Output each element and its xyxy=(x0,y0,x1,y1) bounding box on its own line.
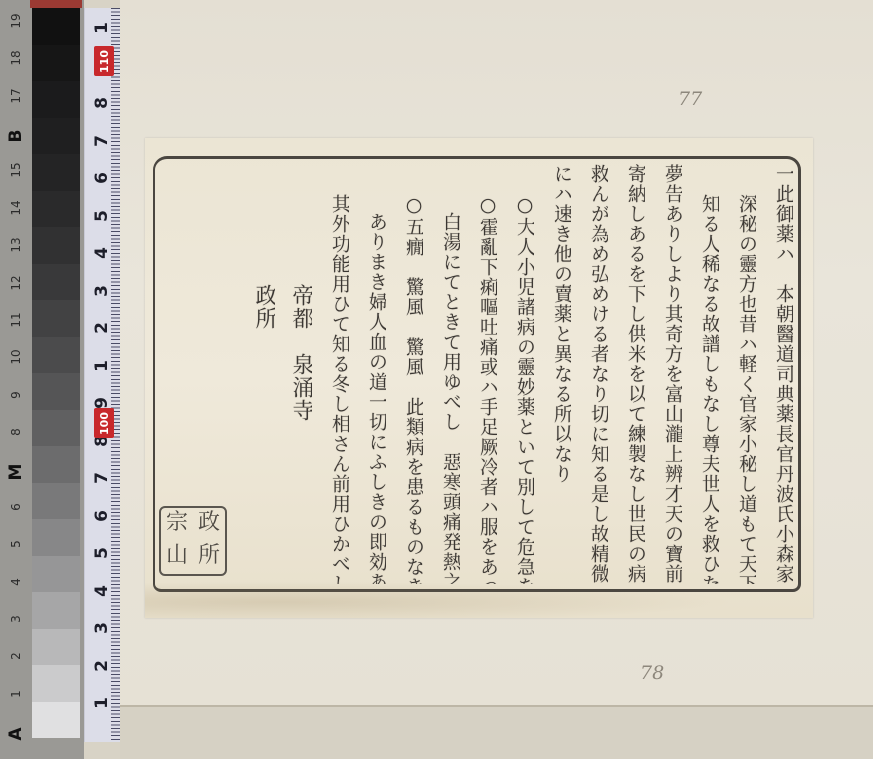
ruler-number: 2 xyxy=(92,317,112,339)
ruler-number: 5 xyxy=(92,542,112,564)
gray-step xyxy=(32,154,80,191)
gray-step-label: 10 xyxy=(9,345,23,369)
ruler-number: 1 xyxy=(92,17,112,39)
ruler-number: 1 xyxy=(92,692,112,714)
gray-step-label: 2 xyxy=(9,644,23,668)
text-column: 白湯にてときて用ゆべし 惡寒頭痛発熱之姉也 xyxy=(423,164,460,584)
gray-step-label: 19 xyxy=(9,9,23,33)
ruler-badge-label: 100 xyxy=(98,412,111,435)
gray-step-label: 11 xyxy=(9,308,23,332)
gray-step-label: 9 xyxy=(9,383,23,407)
ruler-number: 5 xyxy=(92,205,112,227)
gray-step-label: A xyxy=(6,722,26,746)
gray-step-label: 13 xyxy=(9,233,23,257)
gray-step-label: M xyxy=(6,460,26,484)
gray-step xyxy=(32,45,80,82)
gray-step xyxy=(32,519,80,556)
gray-step-label: 6 xyxy=(9,495,23,519)
gray-scale-labels: 191817B15141312111098M654321A xyxy=(0,0,30,759)
gray-step-label: 15 xyxy=(9,158,23,182)
seal-char: 宗 xyxy=(161,508,193,541)
page-number-top: 77 xyxy=(678,88,702,110)
gray-scale-steps xyxy=(32,8,80,738)
gray-step xyxy=(32,410,80,447)
gray-step xyxy=(32,556,80,593)
ruler-badge: 110 xyxy=(94,46,114,76)
seal-char: 政 xyxy=(193,508,225,541)
woodblock-leaflet: 一此御薬ハ 本朝醫道司典薬長官丹波氏小森家深秘の靈方也昔ハ軽く官家小秘し道もて天… xyxy=(145,138,813,618)
text-column: ○五癇 驚風 驚風 此類病を患るものなき必奇験 xyxy=(386,164,423,584)
gray-step xyxy=(32,483,80,520)
seal-char: 所 xyxy=(193,541,225,574)
gray-step xyxy=(32,227,80,264)
mount-board-lower xyxy=(120,705,873,759)
text-column: 一此御薬ハ 本朝醫道司典薬長官丹波氏小森家 xyxy=(756,164,793,584)
gray-step xyxy=(32,702,80,739)
ruler-number: 1 xyxy=(92,355,112,377)
gray-step-label: 1 xyxy=(9,682,23,706)
ruler-number: 4 xyxy=(92,580,112,602)
seal-char: 山 xyxy=(161,541,193,574)
gray-step-label: 18 xyxy=(9,46,23,70)
gray-step xyxy=(32,8,80,45)
ruler-badge-label: 110 xyxy=(98,50,111,73)
text-column: 知る人稀なる故譜しもなし尊夫世人を救ひたる恵 xyxy=(682,164,719,584)
gray-step-label: 17 xyxy=(9,84,23,108)
gray-step-label: 12 xyxy=(9,271,23,295)
text-column: 政所 xyxy=(238,164,275,584)
text-column: 其外功能用ひて知る冬し相さん前用ひかべし xyxy=(312,164,349,584)
ruler-number: 4 xyxy=(92,242,112,264)
text-column: 救んが為め弘めける者なり切に知る是し故精微 xyxy=(571,164,608,584)
gray-step-label: 3 xyxy=(9,607,23,631)
gray-step xyxy=(32,629,80,666)
text-column: 帝都 泉涌寺 xyxy=(275,164,312,584)
ruler-number: 7 xyxy=(92,130,112,152)
ruler-number: 7 xyxy=(92,467,112,489)
text-column: ありまき婦人血の道一切にふしきの即効あり xyxy=(349,164,386,584)
text-columns: 一此御薬ハ 本朝醫道司典薬長官丹波氏小森家深秘の靈方也昔ハ軽く官家小秘し道もて天… xyxy=(159,164,793,584)
text-column: 深秘の靈方也昔ハ軽く官家小秘し道もて天下俗 xyxy=(719,164,756,584)
gray-step xyxy=(32,665,80,702)
gray-step xyxy=(32,191,80,228)
gray-step-label: 4 xyxy=(9,570,23,594)
text-column: 寄納しあるを下し供米を以て練製なし世民の病難 xyxy=(608,164,645,584)
text-column: 夢告ありしより其奇方を富山瀧上辨才天の寶前ニ xyxy=(645,164,682,584)
seal-stamp: 宗 政 山 所 xyxy=(159,506,227,576)
gray-step xyxy=(32,337,80,374)
gray-step xyxy=(32,118,80,155)
gray-step-label: B xyxy=(6,124,26,148)
ruler-number: 6 xyxy=(92,167,112,189)
text-column: ○霍亂下痢嘔吐痛或ハ手足厥冷者ハ服をあつき xyxy=(460,164,497,584)
text-column: ○大人小児諸病の靈妙薬といて別して危急を救ふ良薬也 xyxy=(497,164,534,584)
gray-step-label: 5 xyxy=(9,532,23,556)
gray-step xyxy=(32,373,80,410)
gray-step xyxy=(32,592,80,629)
ruler-badge: 100 xyxy=(94,408,114,438)
gray-step-label: 8 xyxy=(9,420,23,444)
gray-step xyxy=(32,446,80,483)
color-calibration-card: 191817B15141312111098M654321A xyxy=(0,0,84,759)
paper-stain xyxy=(145,578,813,618)
gray-step xyxy=(32,300,80,337)
gray-step-label: 14 xyxy=(9,196,23,220)
card-top-edge xyxy=(30,0,82,8)
ruler-number: 6 xyxy=(92,505,112,527)
gray-step xyxy=(32,81,80,118)
ruler-number: 3 xyxy=(92,280,112,302)
page-number-bottom: 78 xyxy=(640,662,664,684)
gray-step xyxy=(32,264,80,301)
ruler-number: 8 xyxy=(92,92,112,114)
ruler-number: 3 xyxy=(92,617,112,639)
ruler-number: 2 xyxy=(92,655,112,677)
text-column: にハ速き他の賣薬と異なる所以なり xyxy=(534,164,571,584)
